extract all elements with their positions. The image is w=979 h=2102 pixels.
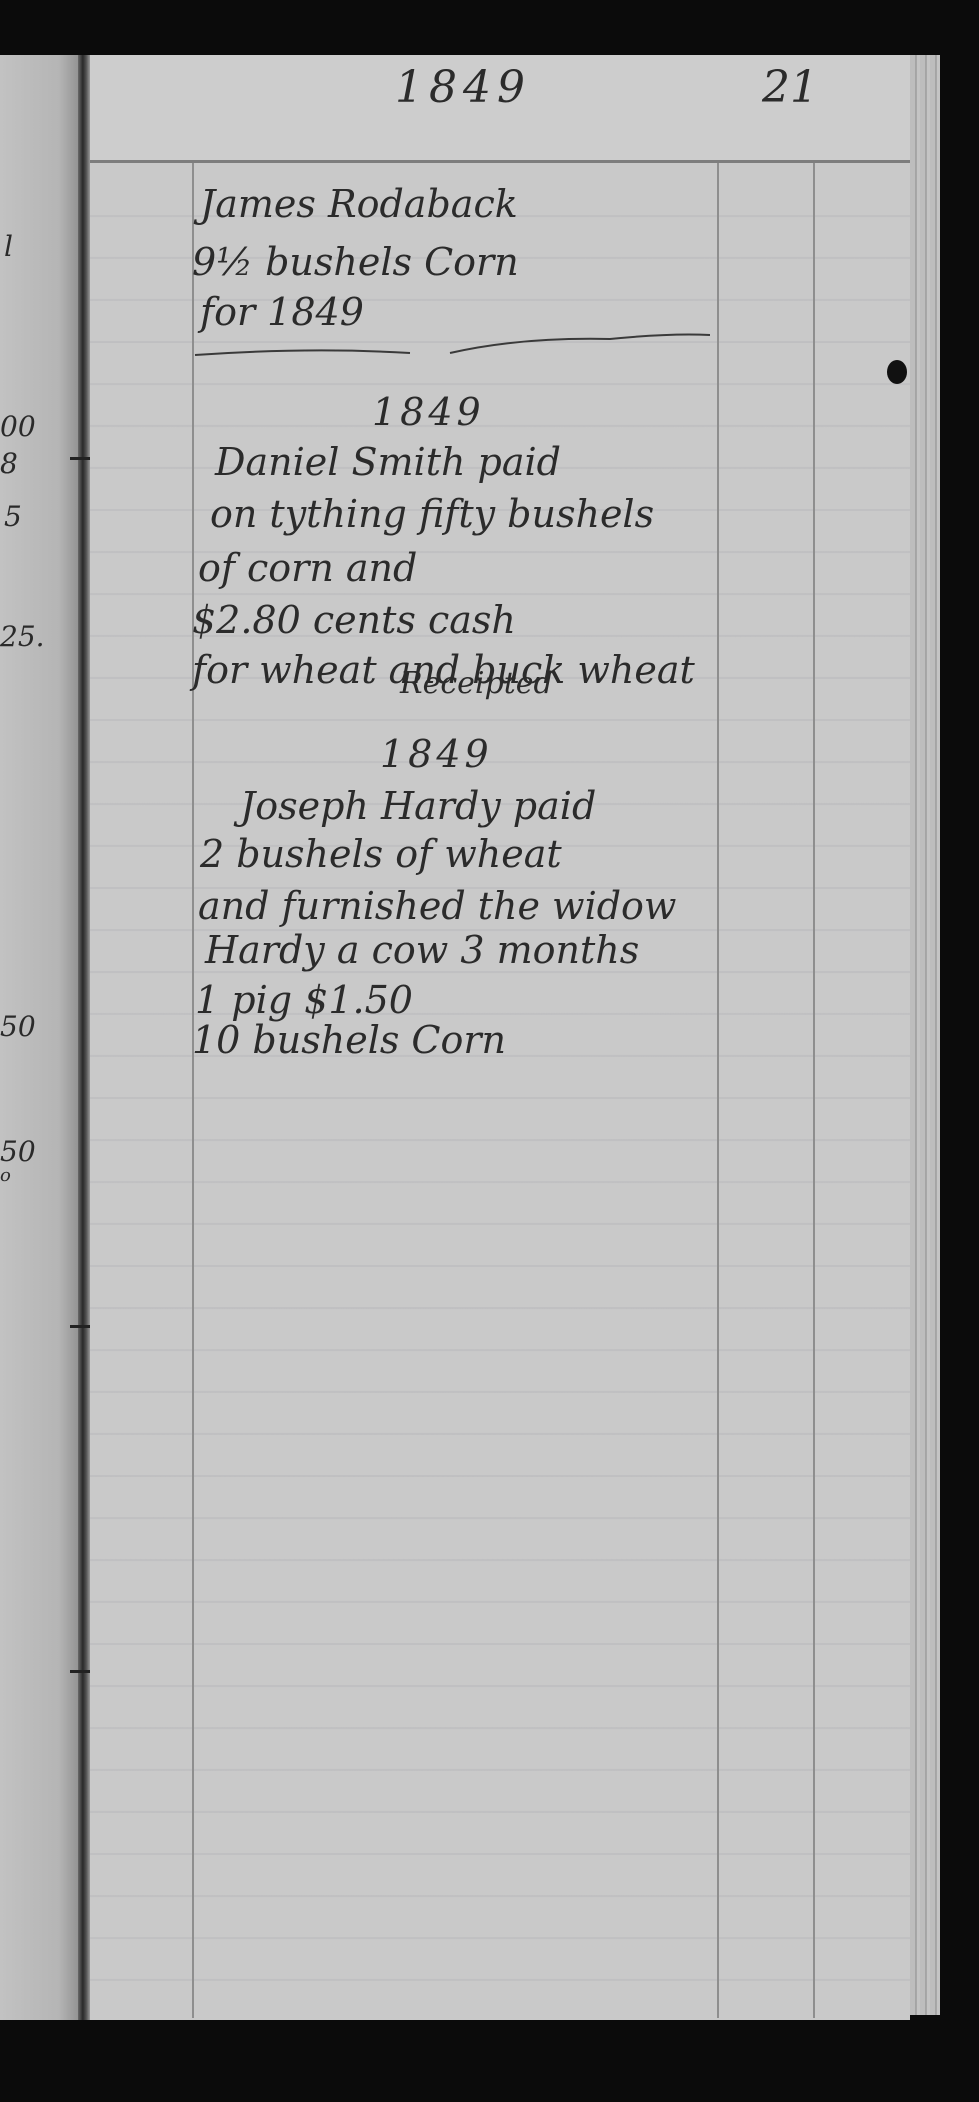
entry-line: of corn and	[198, 546, 417, 590]
entry-line: $2.80 cents cash	[192, 598, 516, 642]
entry-line: on tything fifty bushels	[210, 492, 654, 536]
page-number: 21	[762, 62, 818, 113]
left-fragment-text: l	[4, 230, 13, 263]
entry-line: Joseph Hardy paid	[240, 784, 596, 828]
entry-separator-flourish	[190, 325, 710, 365]
left-fragment-text: o	[0, 1165, 11, 1186]
ink-blot	[887, 360, 907, 384]
entry-line: Hardy a cow 3 months	[205, 928, 639, 972]
left-fragment-text: 8	[0, 447, 18, 480]
left-page-fragment: l 00 8 5 25. 50 50 o	[0, 55, 84, 2020]
entry-year: 1849	[380, 732, 493, 776]
column-rule	[813, 163, 815, 2018]
entry-line: 2 bushels of wheat	[200, 832, 562, 876]
left-fragment-text: 25.	[0, 620, 45, 653]
left-fragment-text: 5	[4, 500, 22, 533]
left-fragment-text: 00	[0, 410, 36, 443]
header-year: 1849	[395, 62, 531, 113]
book-spine	[78, 55, 90, 2020]
page-stack-edges	[910, 55, 940, 2015]
entry-line: and furnished the widow	[198, 884, 676, 928]
receipted-note: Receipted	[400, 666, 553, 701]
column-rule	[717, 163, 719, 2018]
margin-rule	[192, 163, 194, 2018]
entry-line: 9½ bushels Corn	[192, 240, 519, 284]
entry-line: 10 bushels Corn	[192, 1018, 506, 1062]
header-rule	[90, 160, 910, 163]
entry-year: 1849	[372, 390, 485, 434]
entry-line: Daniel Smith paid	[215, 440, 561, 484]
entry-line: 1 pig $1.50	[195, 978, 413, 1022]
left-fragment-text: 50	[0, 1135, 36, 1168]
left-fragment-text: 50	[0, 1010, 36, 1043]
entry-line: James Rodaback	[200, 182, 518, 226]
